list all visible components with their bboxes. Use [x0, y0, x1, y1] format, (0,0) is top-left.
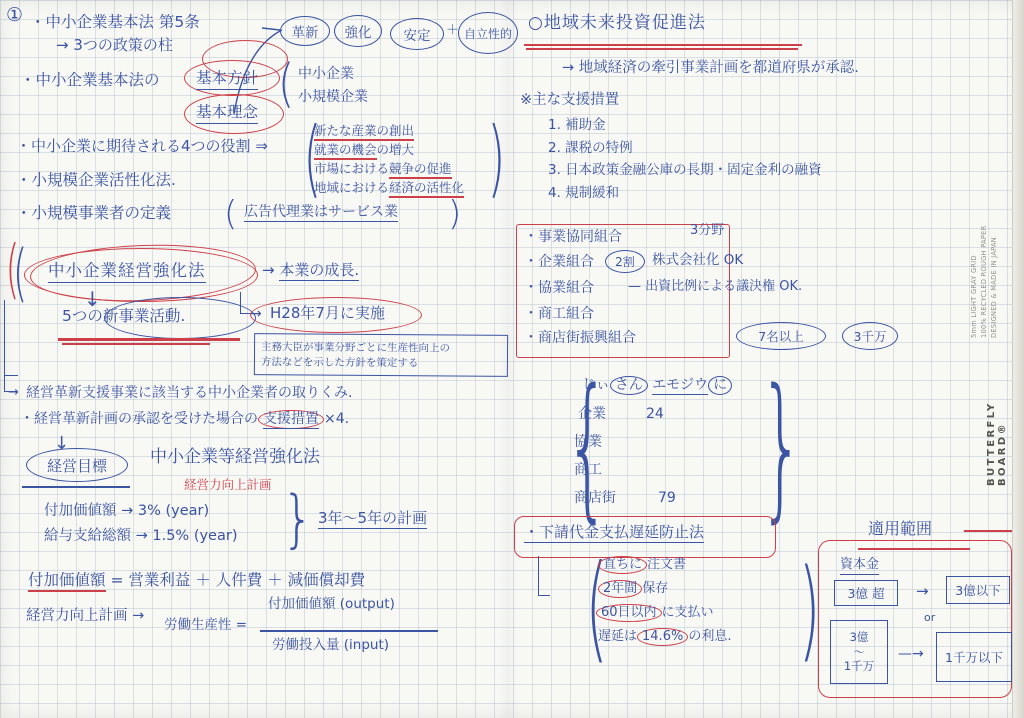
note-support-head: ※主な支援措置 — [520, 92, 619, 109]
pillar-independence-circle: 自立性的 — [458, 12, 518, 54]
paren-right: ) — [448, 197, 461, 231]
blue-oval-goal: 経営目標 — [26, 448, 128, 482]
note-capital: 資本金 — [840, 558, 879, 575]
blue-margin-bracket — [4, 300, 18, 376]
union-badge-circle: 7名以上 — [736, 322, 826, 350]
note-h28-enforced: H28年7月に実施 — [270, 305, 385, 322]
spec-line: 5mm LIGHT GRAY GRID — [969, 214, 979, 338]
right-arrow: → — [8, 386, 19, 401]
support-item: 3. 日本政策金融公庫の長期・固定金利の融資 — [548, 163, 822, 179]
paren-left: ( — [224, 197, 237, 231]
fraction-numerator: 付加価値額 (output) — [268, 597, 395, 613]
pillar-innovation-circle: 革新 — [280, 16, 330, 46]
note-core-growth: → 本業の成長. — [262, 262, 359, 279]
capital-range-tilde: 〜 — [853, 645, 865, 660]
red-underline-title-2 — [526, 48, 798, 50]
note-four-roles: ・中小企業に期待される4つの役割 ⇒ — [16, 138, 268, 155]
or-label: or — [924, 612, 935, 625]
shitauke-rule: 遅延は14.6%の利息. — [598, 630, 731, 645]
note-added-value-def: 付加価値額 = 営業利益 ＋ 人件費 ＋ 減価償却費 — [28, 572, 365, 590]
note-basic-policy: 基本方針 — [196, 70, 258, 90]
spec-line: 100% RECYCLED ROUGH PAPER — [979, 214, 989, 338]
note-productivity: 労働生産性 = — [164, 618, 247, 634]
note-salary-rate: 給与支給総額 → 1.5% (year) — [44, 528, 237, 545]
fraction-denominator: 労働投入量 (input) — [272, 638, 389, 654]
capital-box-over-300m: 3億 超 — [834, 580, 898, 606]
note-basic-principle: 基本理念 — [196, 104, 258, 124]
note-ad-agency: 広告代理業はサービス業 — [244, 204, 398, 222]
role-item: 新たな産業の創出 — [314, 124, 414, 138]
shitauke-rule: 60日以内に支払い — [596, 606, 714, 621]
union-note: — 出資比例による議決権 OK. — [628, 280, 802, 295]
mnemonic-line5: 商店街 — [574, 490, 616, 506]
note-shonin-line: ・経営革新計画の承認を受けた場合の支援措置×4. — [20, 411, 349, 427]
red-line-right — [964, 530, 1012, 532]
shitauke-rule: 2年間保存 — [598, 582, 668, 597]
target-small: 小規模企業 — [298, 89, 368, 105]
long-right-arrow: —→ — [898, 646, 924, 662]
capital-range-top: 3億 — [850, 630, 869, 645]
paren-right: ) — [799, 554, 820, 664]
pillar-strengthen-circle: 強化 — [334, 15, 382, 47]
union-item: ・商工組合 — [524, 306, 594, 322]
note-kakushin-support: 経営革新支援事業に該当する中小企業者の取りくみ. — [26, 385, 352, 401]
note-kyoka-law-title: 中小企業経営強化法 — [48, 262, 206, 283]
target-sme: 中小企業 — [298, 66, 354, 82]
note-added-value-rate: 付加価値額 → 3% (year) — [44, 503, 209, 520]
red-note-kojo-plan: 経営力向上計画 — [184, 478, 272, 492]
red-double-underline-1 — [58, 338, 240, 341]
union-badge-circle: 2割 — [605, 250, 645, 273]
note-basic-law: ・中小企業基本法 第5条 — [30, 14, 200, 32]
capital-range-bottom: 1千万 — [844, 659, 874, 674]
role-item: 市場における競争の促進 — [314, 162, 452, 176]
mnemonic-line2: 企業 — [578, 406, 606, 422]
red-double-underline-2 — [62, 343, 210, 345]
mnemonic-line2-num: 24 — [646, 406, 664, 422]
role-item: 就業の機会の増大 — [314, 143, 414, 157]
red-underline-title-1 — [524, 44, 802, 46]
note-kyoka-law2: 中小企業等経営強化法 — [150, 448, 320, 468]
shitauke-rule: 直ちに注文書 — [598, 558, 686, 573]
note-chiiki-sub: → 地域経済の牽引事業計画を都道府県が承認. — [562, 60, 859, 77]
paren-right: ) — [487, 116, 505, 200]
note-shitauke-title: ・下請代金支払遅延防止法 — [524, 524, 704, 543]
minister-note-line2: 方法などを示した方針を策定する — [261, 354, 419, 370]
union-note: 3分野 — [690, 224, 724, 239]
union-item: ・商店街振興組合 — [524, 330, 636, 346]
capital-box-300m-to-10m: 3億 〜 1千万 — [830, 620, 888, 684]
mnemonic-line4: 商工 — [574, 462, 602, 478]
goal-underline — [22, 486, 130, 488]
capital-box-under-10m: 1千万以下 — [936, 632, 1012, 682]
red-margin-bracket: ( — [6, 238, 20, 302]
union-item: ・企業組合 — [524, 254, 594, 270]
role-item: 地域における経済の活性化 — [314, 181, 464, 195]
note-five-newbiz: 5つの新事業活動. — [62, 308, 185, 326]
spec-line: DESIGNED & MADE IN JAPAN — [989, 214, 999, 338]
right-arrow: → — [916, 583, 929, 600]
note-chiiki-title: ○地域未来投資促進法 — [528, 14, 706, 34]
paper-right-edge — [1012, 0, 1024, 718]
support-item: 4. 規制緩和 — [548, 186, 619, 202]
red-underline-tekiyo — [858, 548, 970, 550]
capital-box-under-300m: 3億以下 — [946, 576, 1010, 604]
elbow-connector — [538, 556, 550, 596]
union-note: 株式会社化 OK — [652, 253, 743, 269]
note-basic-law-of: ・中小企業基本法の — [20, 72, 160, 90]
support-item: 1. 補助金 — [548, 118, 606, 134]
union-badge-circle: 3千万 — [842, 322, 898, 350]
minister-note-box: 主務大臣が事業分野ごとに生産性向上の 方法などを示した方針を策定する — [254, 333, 508, 377]
brace-right: } — [759, 368, 804, 524]
page-number-circle: ① — [6, 5, 23, 27]
note-three-pillars: → 3つの政策の柱 — [56, 37, 173, 54]
support-item: 2. 課税の特例 — [548, 141, 633, 157]
note-kojo-arrow: 経営力向上計画 → — [26, 608, 144, 625]
paper-spec-print: 5mm LIGHT GRAY GRID 100% RECYCLED ROUGH … — [969, 214, 1005, 338]
notebook-spread: ① ・中小企業基本法 第5条 → 3つの政策の柱 革新 強化 安定 ＋ 自立性的… — [0, 0, 1024, 718]
note-small-biz-def: ・小規模事業者の定義 — [16, 205, 171, 223]
fraction-bar — [260, 630, 438, 632]
union-item: ・協業組合 — [524, 280, 594, 296]
mnemonic-line5-num: 79 — [658, 490, 676, 506]
brand-print: BUTTERFLY BOARD® — [986, 354, 1002, 486]
mnemonic-line3: 協業 — [574, 434, 602, 450]
pillar-stability-circle: 安定 — [390, 18, 444, 50]
minister-note-line1: 主務大臣が事業分野ごとに生産性向上の — [261, 339, 450, 355]
union-item: ・事業協同組合 — [524, 229, 622, 245]
brace-right: } — [282, 488, 314, 550]
note-plan-years: 3年〜5年の計画 — [318, 510, 427, 529]
note-tekiyo-title: 適用範囲 — [868, 520, 932, 538]
paren-left: ( — [278, 58, 294, 110]
mnemonic-line1: じぃさん エモジウに — [582, 377, 732, 393]
note-kasseika-law: ・小規模企業活性化法. — [16, 172, 176, 190]
